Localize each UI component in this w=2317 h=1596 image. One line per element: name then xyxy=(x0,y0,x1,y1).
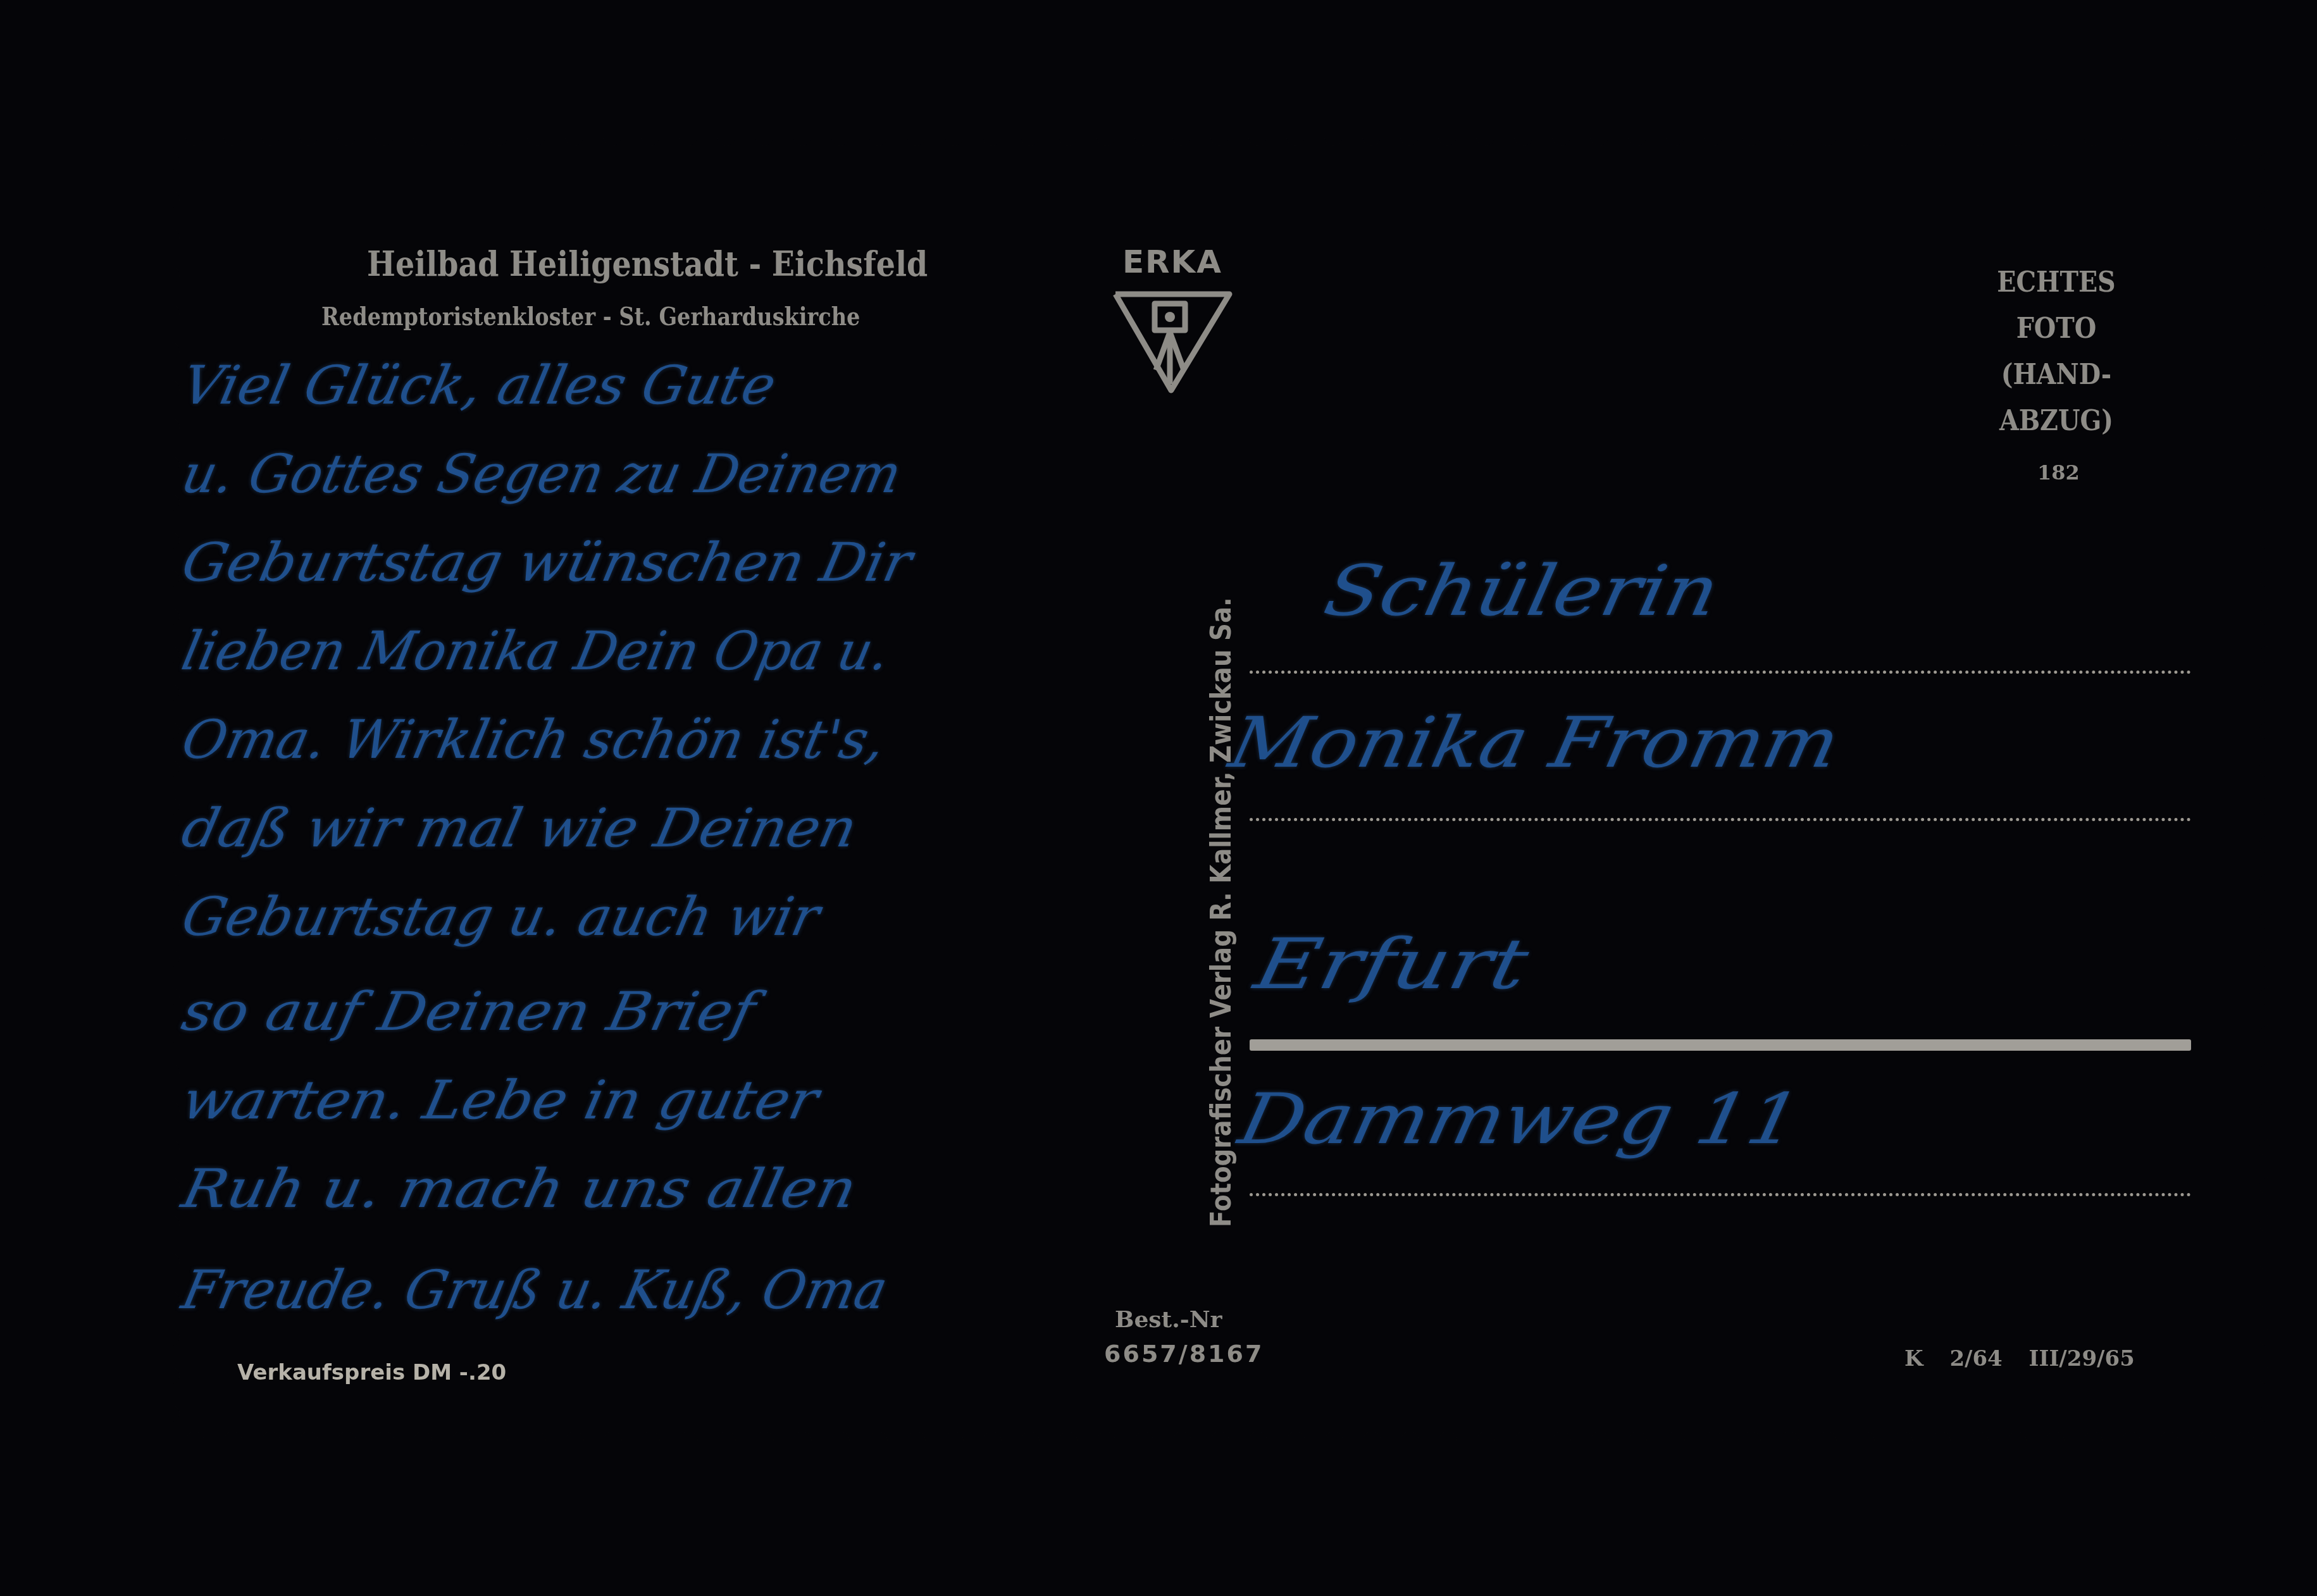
serial-number: 182 xyxy=(2037,461,2075,485)
message-line: Oma. Wirklich schön ist's, xyxy=(177,708,891,770)
address-hand-line: Monika Fromm xyxy=(1223,702,1847,783)
message-line: Ruh u. mach uns allen xyxy=(177,1158,862,1220)
message-line: Freude. Gruß u. Kuß, Oma xyxy=(177,1259,893,1321)
address-line-3 xyxy=(1250,1193,2191,1196)
erka-logo: ERKA xyxy=(1110,244,1237,395)
message-line: so auf Deinen Brief xyxy=(177,980,761,1042)
publisher-imprint: Fotografischer Verlag R. Kallmer, Zwicka… xyxy=(1205,597,1238,1227)
message-line: warten. Lebe in guter xyxy=(177,1069,824,1131)
message-line: lieben Monika Dein Opa u. xyxy=(177,620,895,682)
photo-notice-line: (HAND- xyxy=(1960,352,2153,398)
message-line: Viel Glück, alles Gute xyxy=(177,354,781,416)
message-line: u. Gottes Segen zu Deinem xyxy=(177,443,907,505)
message-line: Geburtstag u. auch wir xyxy=(177,886,825,948)
photo-notice-line: ABZUG) xyxy=(1960,398,2153,444)
order-number: 6657/8167 xyxy=(1104,1340,1264,1368)
address-hand-line: Dammweg 11 xyxy=(1233,1079,1808,1160)
message-line: daß wir mal wie Deinen xyxy=(177,797,862,859)
print-codes: K 2/64 III/29/65 xyxy=(1904,1346,2135,1371)
printed-title: Heilbad Heiligenstadt - Eichsfeld xyxy=(367,244,928,284)
camera-on-tripod-triangle-icon xyxy=(1110,244,1237,395)
address-hand-line: Erfurt xyxy=(1248,924,1536,1005)
address-hand-line: Schülerin xyxy=(1318,550,1726,631)
address-line-city xyxy=(1250,1039,2191,1051)
address-line-1 xyxy=(1250,671,2191,674)
price-imprint: Verkaufspreis DM -.20 xyxy=(237,1360,506,1385)
photo-notice-line: FOTO xyxy=(1960,306,2153,352)
photo-notice: ECHTES FOTO (HAND- ABZUG) xyxy=(1949,259,2164,444)
order-label: Best.-Nr xyxy=(1115,1306,1222,1333)
message-line: Geburtstag wünschen Dir xyxy=(177,531,917,593)
address-line-2 xyxy=(1250,818,2191,821)
printed-subtitle: Redemptoristenkloster - St. Gerharduskir… xyxy=(321,302,860,331)
photo-notice-line: ECHTES xyxy=(1960,259,2153,306)
